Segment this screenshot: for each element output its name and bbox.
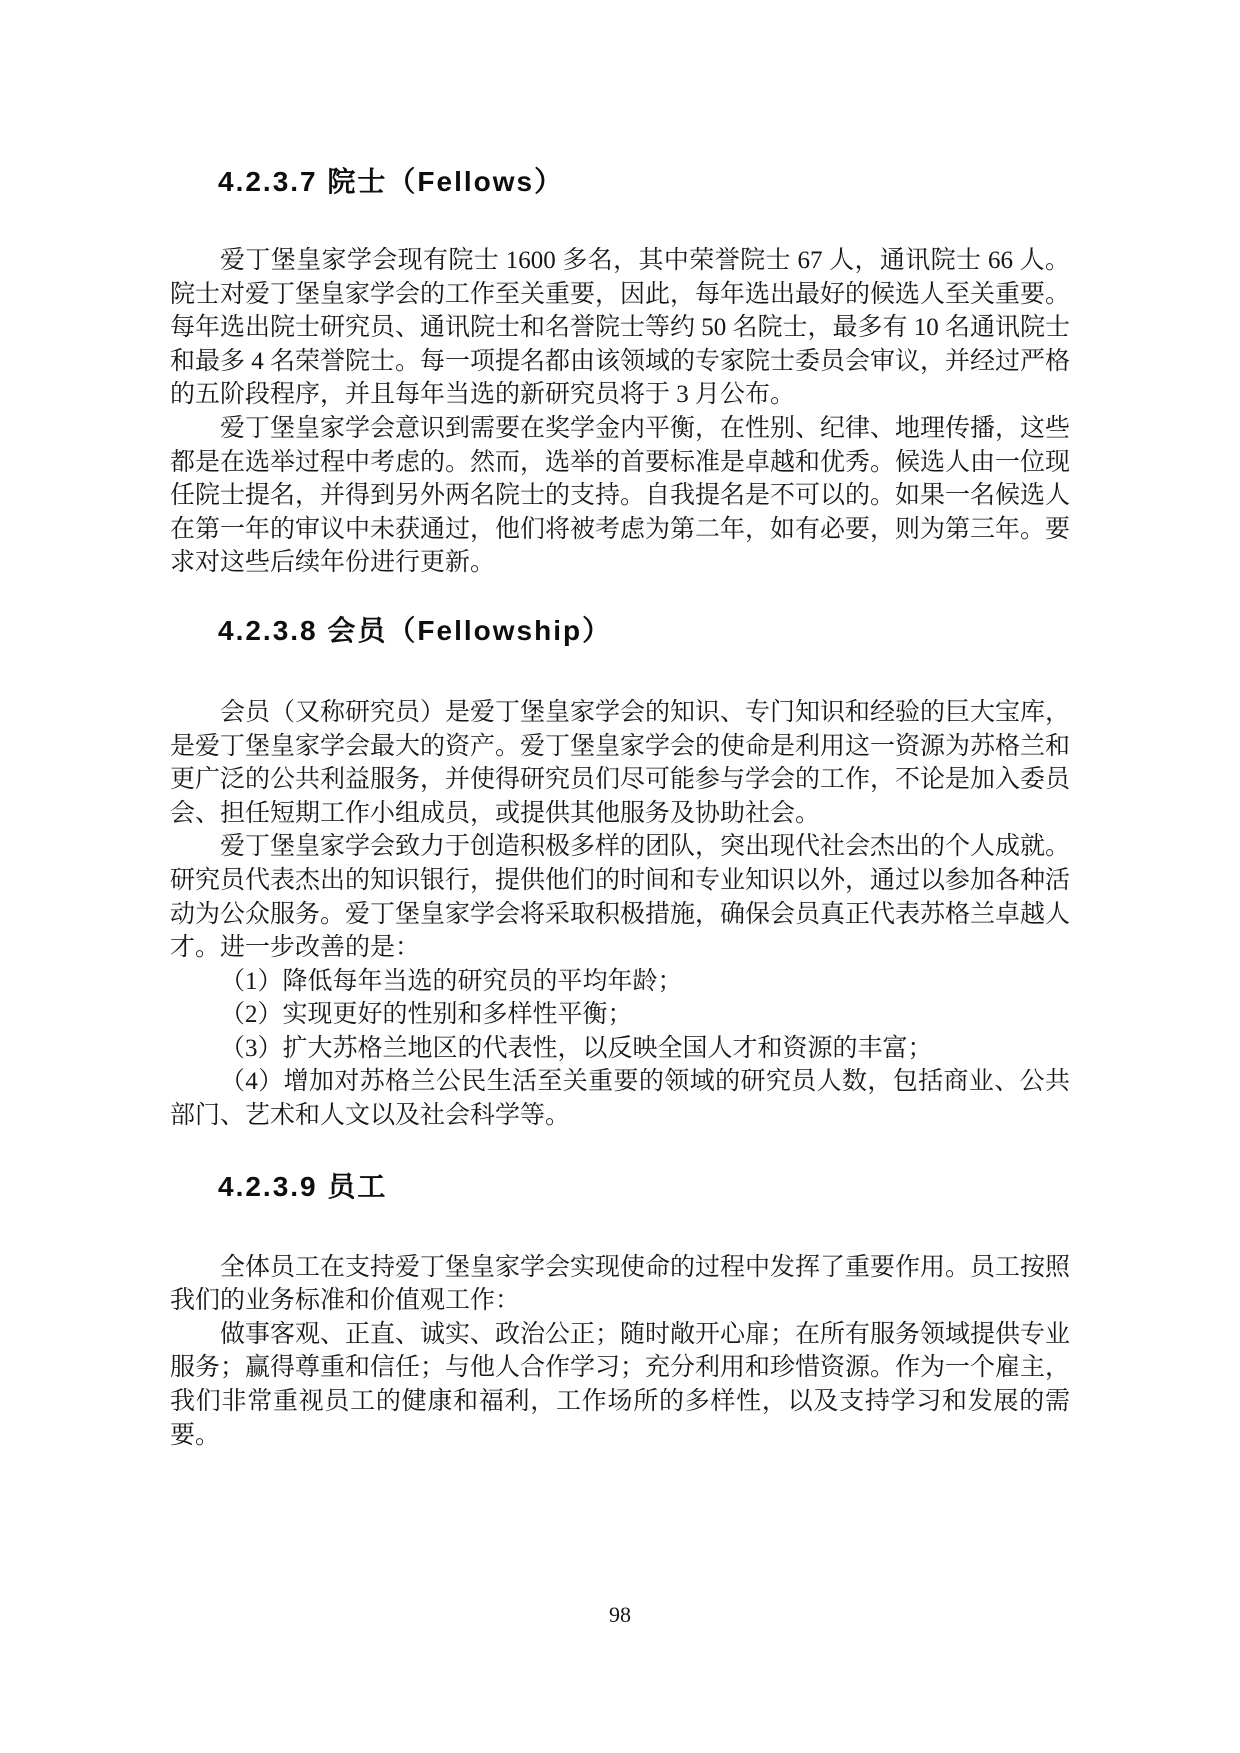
list-item-paragraph: （1）降低每年当选的研究员的平均年龄； bbox=[170, 965, 1070, 999]
page-number: 98 bbox=[609, 1602, 631, 1627]
section-fellowship: 4.2.3.8 会员（Fellowship） 会员（又称研究员）是爱丁堡皇家学会… bbox=[170, 615, 1070, 1133]
list-item-paragraph: （2）实现更好的性别和多样性平衡； bbox=[170, 998, 1070, 1032]
document-page: 4.2.3.7 院士（Fellows） 爱丁堡皇家学会现有院士 1600 多名，… bbox=[0, 0, 1240, 1753]
body-paragraph: 爱丁堡皇家学会意识到需要在奖学金内平衡，在性别、纪律、地理传播，这些都是在选举过… bbox=[170, 412, 1070, 580]
page-footer: 98 bbox=[0, 1602, 1240, 1628]
list-item-paragraph: （3）扩大苏格兰地区的代表性，以反映全国人才和资源的丰富； bbox=[170, 1032, 1070, 1066]
body-paragraph: 会员（又称研究员）是爱丁堡皇家学会的知识、专门知识和经验的巨大宝库，是爱丁堡皇家… bbox=[170, 696, 1070, 830]
body-paragraph: 爱丁堡皇家学会现有院士 1600 多名，其中荣誉院士 67 人，通讯院士 66 … bbox=[170, 244, 1070, 412]
section-fellows: 4.2.3.7 院士（Fellows） 爱丁堡皇家学会现有院士 1600 多名，… bbox=[170, 166, 1070, 580]
section-heading-fellows: 4.2.3.7 院士（Fellows） bbox=[218, 166, 1070, 198]
section-heading-staff: 4.2.3.9 员工 bbox=[218, 1171, 1070, 1203]
body-paragraph: 全体员工在支持爱丁堡皇家学会实现使命的过程中发挥了重要作用。员工按照我们的业务标… bbox=[170, 1251, 1070, 1318]
page-content: 4.2.3.7 院士（Fellows） 爱丁堡皇家学会现有院士 1600 多名，… bbox=[170, 0, 1070, 1452]
section-staff: 4.2.3.9 员工 全体员工在支持爱丁堡皇家学会实现使命的过程中发挥了重要作用… bbox=[170, 1171, 1070, 1453]
body-paragraph: 爱丁堡皇家学会致力于创造积极多样的团队，突出现代社会杰出的个人成就。研究员代表杰… bbox=[170, 830, 1070, 964]
section-heading-fellowship: 4.2.3.8 会员（Fellowship） bbox=[218, 615, 1070, 647]
list-item-paragraph: （4）增加对苏格兰公民生活至关重要的领域的研究员人数，包括商业、公共部门、艺术和… bbox=[170, 1065, 1070, 1132]
body-paragraph: 做事客观、正直、诚实、政治公正；随时敞开心扉；在所有服务领域提供专业服务；赢得尊… bbox=[170, 1318, 1070, 1452]
